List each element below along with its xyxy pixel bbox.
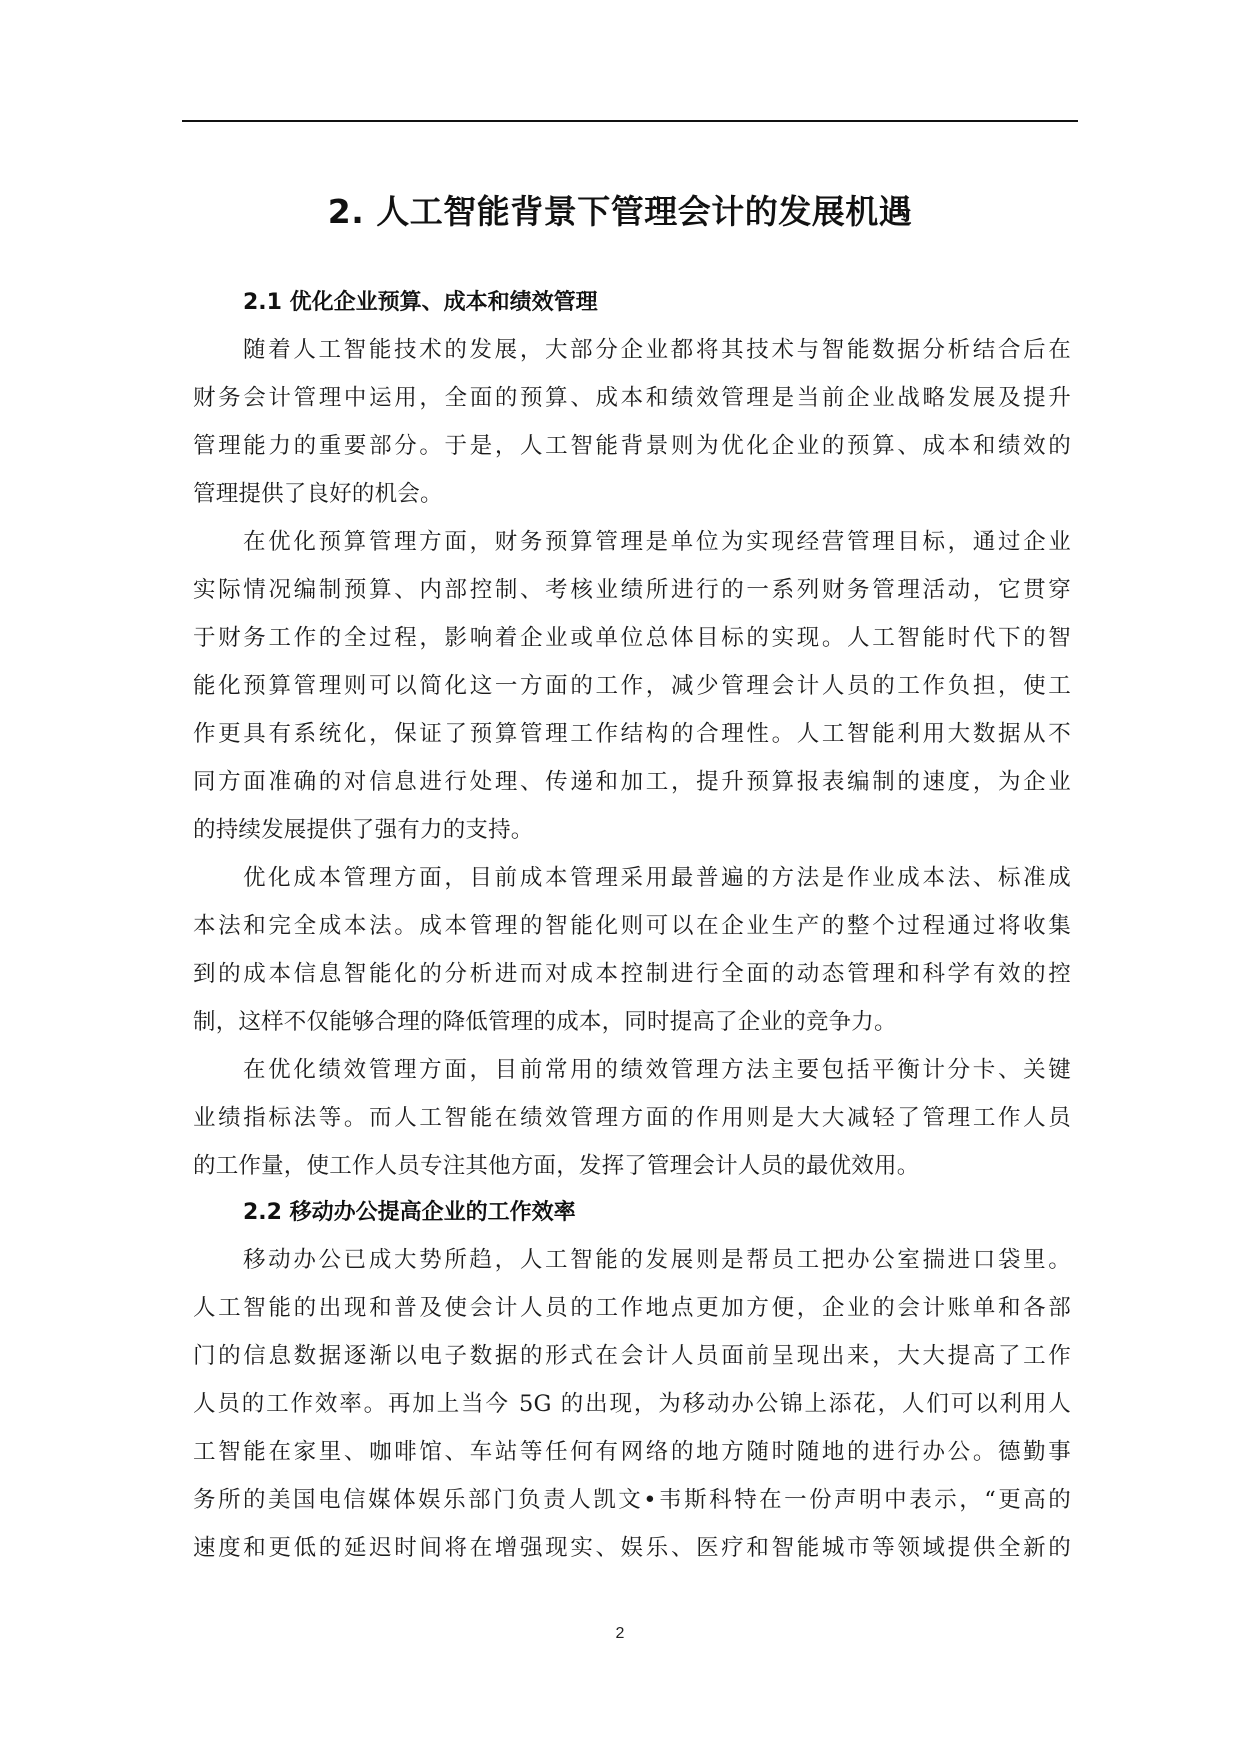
text-line: 移动办公已成大势所趋，人工智能的发展则是帮员工把办公室揣进口袋里。: [193, 1236, 1071, 1284]
text-line: 到的成本信息智能化的分析进而对成本控制进行全面的动态管理和科学有效的控: [193, 950, 1071, 998]
text-line: 制，这样不仅能够合理的降低管理的成本，同时提高了企业的竞争力。: [193, 998, 1071, 1046]
text-line: 务所的美国电信媒体娱乐部门负责人凯文•韦斯科特在一份声明中表示，“更高的: [193, 1476, 1071, 1524]
text-line: 的工作量，使工作人员专注其他方面，发挥了管理会计人员的最优效用。: [193, 1142, 1071, 1190]
text-line: 财务会计管理中运用，全面的预算、成本和绩效管理是当前企业战略发展及提升: [193, 374, 1071, 422]
text-line: 实际情况编制预算、内部控制、考核业绩所进行的一系列财务管理活动，它贯穿: [193, 566, 1071, 614]
text-line: 能化预算管理则可以简化这一方面的工作，减少管理会计人员的工作负担，使工: [193, 662, 1071, 710]
text-line: 优化成本管理方面，目前成本管理采用最普遍的方法是作业成本法、标准成: [193, 854, 1071, 902]
text-line: 于财务工作的全过程，影响着企业或单位总体目标的实现。人工智能时代下的智: [193, 614, 1071, 662]
document-body: 2.1 优化企业预算、成本和绩效管理 随着人工智能技术的发展，大部分企业都将其技…: [193, 280, 1071, 1572]
header-rule: [182, 120, 1078, 122]
text-line: 业绩指标法等。而人工智能在绩效管理方面的作用则是大大减轻了管理工作人员: [193, 1094, 1071, 1142]
text-line: 同方面准确的对信息进行处理、传递和加工，提升预算报表编制的速度，为企业: [193, 758, 1071, 806]
paragraph-performance: 在优化绩效管理方面，目前常用的绩效管理方法主要包括平衡计分卡、关键 业绩指标法等…: [193, 1046, 1071, 1190]
text-line: 的持续发展提供了强有力的支持。: [193, 806, 1071, 854]
paragraph-intro: 随着人工智能技术的发展，大部分企业都将其技术与智能数据分析结合后在 财务会计管理…: [193, 326, 1071, 518]
page-number: 2: [0, 1625, 1240, 1643]
section-heading-2-1: 2.1 优化企业预算、成本和绩效管理: [193, 280, 1071, 326]
text-line: 人员的工作效率。再加上当今 5G 的出现，为移动办公锦上添花，人们可以利用人: [193, 1380, 1071, 1428]
page-title: 2. 人工智能背景下管理会计的发展机遇: [0, 186, 1240, 233]
text-line: 管理能力的重要部分。于是，人工智能背景则为优化企业的预算、成本和绩效的: [193, 422, 1071, 470]
paragraph-mobile-office: 移动办公已成大势所趋，人工智能的发展则是帮员工把办公室揣进口袋里。 人工智能的出…: [193, 1236, 1071, 1572]
text-line: 工智能在家里、咖啡馆、车站等任何有网络的地方随时随地的进行办公。德勤事: [193, 1428, 1071, 1476]
text-line: 在优化预算管理方面，财务预算管理是单位为实现经营管理目标，通过企业: [193, 518, 1071, 566]
text-line: 速度和更低的延迟时间将在增强现实、娱乐、医疗和智能城市等领域提供全新的: [193, 1524, 1071, 1572]
text-line: 随着人工智能技术的发展，大部分企业都将其技术与智能数据分析结合后在: [193, 326, 1071, 374]
text-line: 门的信息数据逐渐以电子数据的形式在会计人员面前呈现出来，大大提高了工作: [193, 1332, 1071, 1380]
text-line: 管理提供了良好的机会。: [193, 470, 1071, 518]
text-line: 作更具有系统化，保证了预算管理工作结构的合理性。人工智能利用大数据从不: [193, 710, 1071, 758]
text-line: 本法和完全成本法。成本管理的智能化则可以在企业生产的整个过程通过将收集: [193, 902, 1071, 950]
paragraph-cost: 优化成本管理方面，目前成本管理采用最普遍的方法是作业成本法、标准成 本法和完全成…: [193, 854, 1071, 1046]
paragraph-budget: 在优化预算管理方面，财务预算管理是单位为实现经营管理目标，通过企业 实际情况编制…: [193, 518, 1071, 854]
text-line: 在优化绩效管理方面，目前常用的绩效管理方法主要包括平衡计分卡、关键: [193, 1046, 1071, 1094]
section-heading-2-2: 2.2 移动办公提高企业的工作效率: [193, 1190, 1071, 1236]
text-line: 人工智能的出现和普及使会计人员的工作地点更加方便，企业的会计账单和各部: [193, 1284, 1071, 1332]
